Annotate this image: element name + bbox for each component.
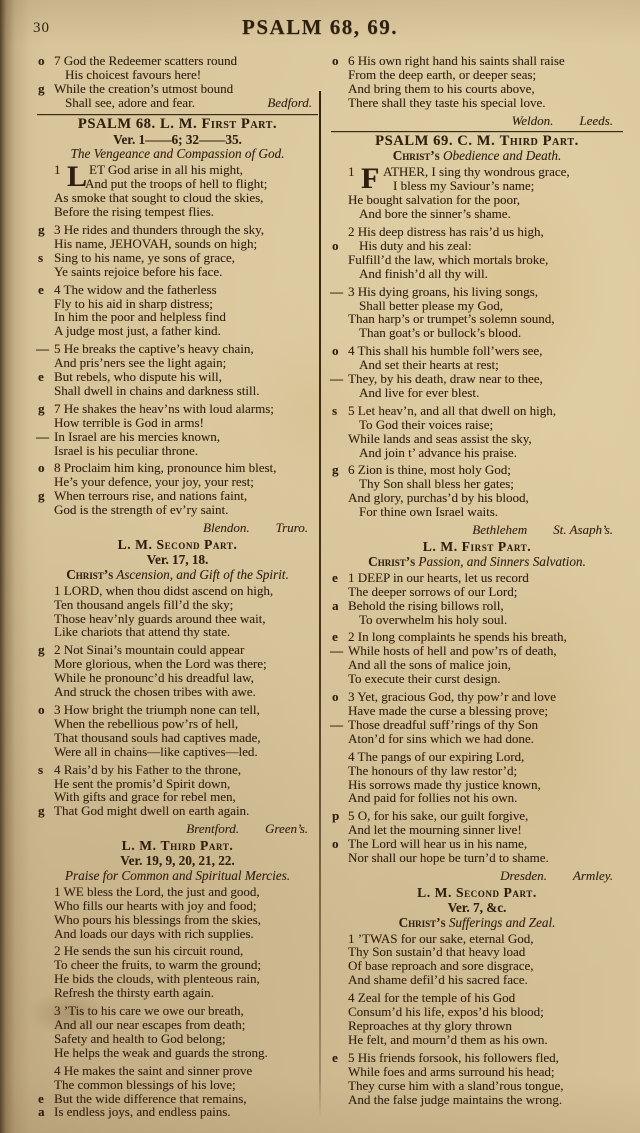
verse-text: He bids the clouds, with plenteous rain, [54,971,260,986]
hymn-subject: The Vengeance and Compassion of God. [37,147,318,161]
verse-stanza: g6 Zion is thine, most holy God;Thy Son … [331,463,623,519]
verse-stanza: o8 Proclaim him king, pronounce him bles… [37,461,318,517]
verse-line: His choicest favours here! [37,68,318,82]
verse-line: He felt, and mourn’d them as his own. [331,1033,623,1047]
verse-text: 7 He shakes the heav’ns with loud alarms… [54,401,274,416]
heading-title: L. M. [417,885,452,900]
verse-line: gWhile the creation’s utmost bound [37,82,318,96]
expression-mark: e [38,370,53,384]
expression-mark: o [332,690,347,704]
verse-text: 5 He breaks the captive’s heavy chain, [54,341,254,356]
verse-stanza: —5 He breaks the captive’s heavy chain,A… [37,342,318,398]
subject-smallcaps: Christ’s [368,554,415,569]
verse-line: —In Israel are his mercies known, [37,430,318,444]
heading-part: Third Part. [500,133,579,149]
psalm-heading: PSALM 68. L. M. First Part. [37,118,318,132]
tune-name: Truro. [276,521,308,535]
verse-line: He’s your defence, your joy, your rest; [37,475,318,489]
verse-text: 6 His own right hand his saints shall ra… [348,53,565,68]
verse-line: And bring them to his courts above, [331,82,623,96]
verse-text: 4 This shall his humble foll’wers see, [348,343,542,358]
verse-text: Of base reproach and sore disgrace, [348,958,534,973]
subject-italic: Passion, and Sinners Salvation. [418,554,585,569]
expression-mark: o [332,344,347,358]
tune-names: BethlehemSt. Asaph’s. [331,523,623,537]
tune-names: Weldon.Leeds. [331,114,623,128]
verse-text: While foes and arms surround his head; [348,1064,555,1079]
expression-mark: — [330,285,345,299]
verse-text: Like chariots that attend thy state. [54,624,230,639]
heading-part: First Part. [462,539,532,554]
expression-mark: e [38,1092,53,1106]
expression-mark: g [38,643,53,657]
verse-text: When terrours rise, and nations faint, [54,488,247,503]
verse-line: For thine own Israel waits. [331,505,623,519]
expression-mark: e [332,630,347,644]
expression-mark: g [38,82,53,96]
verse-line: How terrible is God in arms! [37,416,318,430]
verse-text: That thousand souls had captives made, [54,730,261,745]
verse-line: aBehold the rising billows roll, [331,599,623,613]
hymn-subject: Christ’s Obedience and Death. [331,149,623,163]
part-heading: L. M. Second Part. [331,886,623,900]
verse-line: Israel is his peculiar throne. [37,444,318,458]
verse-stanza: 4 He makes the saint and sinner proveThe… [37,1064,318,1120]
verse-line: They curse him with a sland’rous tongue, [331,1079,623,1093]
verse-line: The deeper sorrows of our Lord; [331,585,623,599]
verse-line: g6 Zion is thine, most holy God; [331,463,623,477]
verse-text: 4 The widow and the fatherless [54,282,217,297]
verse-text: Reproaches at thy glory thrown [348,1018,512,1033]
verse-text: And loads our days with rich supplies. [54,926,254,941]
verse-line: Thy Son shall bless her gates; [331,477,623,491]
section-rule [37,114,318,115]
verse-text: 4 The pangs of our expiring Lord, [348,749,524,764]
verse-text: He felt, and mourn’d them as his own. [348,1032,548,1047]
verse-reference: Ver. 7, &c. [331,901,623,915]
verse-text: 3 Yet, gracious God, thy pow’r and love [348,689,556,704]
verse-text: 1 LORD, when thou didst ascend on high, [54,583,273,598]
verse-line: Of base reproach and sore disgrace, [331,959,623,973]
verse-line: In him the poor and helpless find [37,310,318,324]
verse-line: And all our near escapes from death; [37,1018,318,1032]
heading-title: PSALM 68. L. M. [78,116,197,132]
psalter-page: 30 PSALM 68, 69. o7 God the Redeemer sca… [0,0,640,1133]
verse-text: And shame defil’d his sacred face. [348,972,528,987]
verse-stanza: e4 The widow and the fatherlessFly to hi… [37,283,318,339]
verse-text: 4 Rais’d by his Father to the throne, [54,762,241,777]
heading-title: L. M. [118,537,153,552]
verse-line: While foes and arms surround his head; [331,1065,623,1079]
verse-line: s4 Rais’d by his Father to the throne, [37,763,318,777]
tune-name: Green’s. [265,822,308,836]
hymn-subject: Praise for Common and Spiritual Mercies. [37,869,318,883]
verse-line: o3 How bright the triumph none can tell, [37,703,318,717]
verse-line: He sent the promis’d Spirit down, [37,777,318,791]
verse-text: Before the rising tempest flies. [54,204,214,219]
verse-line: Reproaches at thy glory thrown [331,1019,623,1033]
verse-line: e4 The widow and the fatherless [37,283,318,297]
verse-text: They curse him with a sland’rous tongue, [348,1078,564,1093]
tune-names: Brentford.Green’s. [37,822,318,836]
verse-stanza: e1 DEEP in our hearts, let us recordThe … [331,571,623,627]
verse-line: From the deep earth, or deeper seas; [331,68,623,82]
subject-italic: The Vengeance and Compassion of God. [71,146,285,161]
verse-number: 1 [348,165,355,179]
verse-line: A judge most just, a father kind. [37,324,318,338]
verse-text: And live for ever blest. [359,385,479,400]
subject-smallcaps: Christ’s [399,915,446,930]
column-divider [319,91,321,1119]
expression-mark: — [36,430,51,444]
verse-line: And glory, purchas’d by his blood, [331,491,623,505]
verse-text: Who fills our hearts with joy and food; [54,898,257,913]
verse-text: Were all in chains—like captives—led. [54,744,258,759]
expression-mark: g [38,489,53,503]
verse-text: While he pronounc’d his dreadful law, [54,670,254,685]
verse-stanza: o7 God the Redeemer scatters roundHis ch… [37,54,318,110]
verse-line: To God their voices raise; [331,418,623,432]
tune-name: St. Asaph’s. [553,523,613,537]
hymn-subject: Christ’s Sufferings and Zeal. [331,916,623,930]
verse-text: But the wide difference that remains, [54,1091,247,1106]
verse-line: As smoke that sought to cloud the skies, [37,191,318,205]
tune-name: Dresden. [500,869,547,883]
verse-text: And all our near escapes from death; [54,1017,245,1032]
verse-reference: Ver. 19, 9, 20, 21, 22. [37,854,318,868]
verse-line: Like chariots that attend thy state. [37,625,318,639]
verse-line: g2 Not Sinai’s mountain could appear [37,643,318,657]
verse-line: Have made the curse a blessing prove; [331,704,623,718]
verse-text: Shall dwell in chains and darkness still… [54,383,259,398]
verse-line: Than harp’s or trumpet’s solemn sound, [331,312,623,326]
verse-stanza: 1LET God arise in all his might,And put … [37,163,318,219]
verse-line: And all the sons of malice join, [331,658,623,672]
verse-stanza: o3 Yet, gracious God, thy pow’r and love… [331,690,623,746]
section-rule [331,131,623,132]
verse-stanza: 4 The pangs of our expiring Lord,The hon… [331,750,623,806]
expression-mark: o [332,837,347,851]
verse-line: Ten thousand angels fill’d the sky; [37,598,318,612]
right-column: o6 His own right hand his saints shall r… [331,54,623,1110]
verse-line: To cheer the fruits, to warm the ground; [37,958,318,972]
verse-text: Sing to his name, ye sons of grace, [54,250,235,265]
expression-mark: — [36,342,51,356]
verse-stanza: 3 ’Tis to his care we owe our breath,And… [37,1004,318,1060]
verse-line: 2 His deep distress has rais’d us high, [331,225,623,239]
verse-text: And paid for follies not his own. [348,790,517,805]
verse-text: While lands and seas assist the sky, [348,431,532,446]
verse-stanza: 1 ’TWAS for our sake, eternal God,Thy So… [331,932,623,988]
verse-line: And bore the sinner’s shame. [331,207,623,221]
verse-line: e1 DEEP in our hearts, let us record [331,571,623,585]
verse-text: His duty and his zeal: [359,238,472,253]
verse-text: 2 Not Sinai’s mountain could appear [54,642,244,657]
verse-text: 2 In long complaints he spends his breat… [348,629,567,644]
verse-text: 3 His dying groans, his living songs, [348,284,538,299]
verse-line: The honours of thy law restor’d; [331,764,623,778]
verse-text: Have made the curse a blessing prove; [348,703,548,718]
verse-reference: Ver. 17, 18. [37,553,318,567]
verse-text: For thine own Israel waits. [359,504,498,519]
heading-title: L. M. [122,838,157,853]
verse-text: He helps the weak and guards the strong. [54,1045,268,1060]
verse-text: The deeper sorrows of our Lord; [348,584,517,599]
verse-line: p5 O, for his sake, our guilt forgive, [331,809,623,823]
verse-line: gThat God might dwell on earth again. [37,804,318,818]
verse-stanza: g2 Not Sinai’s mountain could appearMore… [37,643,318,699]
verse-text: Than harp’s or trumpet’s solemn sound, [348,311,555,326]
expression-mark: o [38,461,53,475]
verse-line: s5 Let heav’n, and all that dwell on hig… [331,404,623,418]
verse-line: To overwhelm his holy soul. [331,613,623,627]
verse-stanza: g3 He rides and thunders through the sky… [37,223,318,279]
verse-stanza: 1 WE bless the Lord, the just and good,W… [37,885,318,941]
verse-text: The honours of thy law restor’d; [348,763,517,778]
heading-part: Second Part. [156,537,237,552]
tune-name: Weldon. [512,114,554,128]
verse-stanza: 2 He sends the sun his circuit round,To … [37,944,318,1000]
verse-line: o3 Yet, gracious God, thy pow’r and love [331,690,623,704]
verse-line: Before the rising tempest flies. [37,205,318,219]
expression-mark: g [38,402,53,416]
verse-line: The common blessings of his love; [37,1078,318,1092]
verse-line: Consum’d his life, expos’d his blood; [331,1005,623,1019]
verse-stanza: —3 His dying groans, his living songs,Sh… [331,285,623,341]
verse-text: How terrible is God in arms! [54,415,204,430]
verse-text: From the deep earth, or deeper seas; [348,67,536,82]
verse-line: While he pronounc’d his dreadful law, [37,671,318,685]
verse-line: Those heav’nly guards around thee wait, [37,612,318,626]
subject-italic: Praise for Common and Spiritual Mercies. [65,868,290,883]
verse-text: And all the sons of malice join, [348,657,511,672]
verse-line: oThe Lord will hear us in his name, [331,837,623,851]
verse-text: Those dreadful suff’rings of thy Son [348,717,538,732]
expression-mark: p [332,809,347,823]
verse-line: Nor shall our hope be turn’d to shame. [331,851,623,865]
verse-line: g3 He rides and thunders through the sky… [37,223,318,237]
subject-italic: Obedience and Death. [443,148,561,163]
verse-line: Who pours his blessings from the skies, [37,913,318,927]
verse-line: e2 In long complaints he spends his brea… [331,630,623,644]
verse-line: sSing to his name, ye sons of grace, [37,251,318,265]
verse-text: And let the mourning sinner live! [348,822,522,837]
expression-mark: o [332,239,347,253]
verse-text: His name, JEHOVAH, sounds on high; [54,236,257,251]
verse-line: Refresh the thirsty earth again. [37,986,318,1000]
tune-name: Bethlehem [472,523,527,537]
verse-line: —5 He breaks the captive’s heavy chain, [37,342,318,356]
expression-mark: g [38,223,53,237]
verse-line: Aton’d for sins which we had done. [331,732,623,746]
verse-line: While lands and seas assist the sky, [331,432,623,446]
heading-part: Third Part. [161,838,234,853]
expression-mark: o [332,54,347,68]
verse-line: Shall dwell in chains and darkness still… [37,384,318,398]
verse-text: 2 His deep distress has rais’d us high, [348,224,544,239]
verse-text: Shall see, adore and fear. [65,95,195,110]
part-heading: L. M. Second Part. [37,538,318,552]
verse-text: While the creation’s utmost bound [54,81,233,96]
hymn-subject: Christ’s Ascension, and Gift of the Spir… [37,568,318,582]
verse-stanza: 1 LORD, when thou didst ascend on high,T… [37,584,318,640]
verse-text: 4 Zeal for the temple of his God [348,990,515,1005]
verse-line: Who fills our hearts with joy and food; [37,899,318,913]
verse-line: That thousand souls had captives made, [37,731,318,745]
verse-text: Than goat’s or bullock’s blood. [359,325,521,340]
verse-line: He bids the clouds, with plenteous rain, [37,972,318,986]
verse-text: That God might dwell on earth again. [54,803,249,818]
expression-mark: — [330,644,345,658]
verse-line: 1 LORD, when thou didst ascend on high, [37,584,318,598]
expression-mark: o [38,54,53,68]
verse-line: Were all in chains—like captives—led. [37,745,318,759]
verse-line: And join t’ advance his praise. [331,446,623,460]
left-column: o7 God the Redeemer scatters roundHis ch… [37,54,318,1123]
verse-text: To cheer the fruits, to warm the ground; [54,957,261,972]
verse-line: e5 His friends forsook, his followers fl… [331,1051,623,1065]
verse-text: And join t’ advance his praise. [359,445,517,460]
verse-line: With gifts and grace for rebel men, [37,790,318,804]
expression-mark: s [332,404,347,418]
expression-mark: e [38,283,53,297]
verse-text: He bought salvation for the poor, [348,192,520,207]
verse-text: 1 DEEP in our hearts, let us record [348,570,529,585]
verse-text: Shall better please my God, [359,298,503,313]
verse-stanza: g7 He shakes the heav’ns with loud alarm… [37,402,318,458]
verse-line: g7 He shakes the heav’ns with loud alarm… [37,402,318,416]
verse-text: Consum’d his life, expos’d his blood; [348,1004,544,1019]
verse-text: He sent the promis’d Spirit down, [54,776,230,791]
verse-line: Safety and health to God belong; [37,1032,318,1046]
expression-mark: a [38,1105,53,1119]
tune-name: Armley. [573,869,613,883]
verse-line: When the rebellious pow’rs of hell, [37,717,318,731]
tune-names: Blendon.Truro. [37,521,318,535]
verse-text: 2 He sends the sun his circuit round, [54,943,243,958]
verse-text: Nor shall our hope be turn’d to shame. [348,850,549,865]
verse-line: 4 Zeal for the temple of his God [331,991,623,1005]
verse-text: And pris’ners see the light again; [54,355,226,370]
drop-cap-verse: 1LET God arise in all his might,And put … [37,163,318,191]
verse-text: As smoke that sought to cloud the skies, [54,190,263,205]
verse-line: His name, JEHOVAH, sounds on high; [37,237,318,251]
verse-text: But rebels, who dispute his will, [54,369,222,384]
verse-stanza: e2 In long complaints he spends his brea… [331,630,623,686]
verse-line: More glorious, when the Lord was there; [37,657,318,671]
verse-text: And set their hearts at rest; [359,357,499,372]
verse-line: 1 WE bless the Lord, the just and good, [37,885,318,899]
verse-text: Who pours his blessings from the skies, [54,912,261,927]
verse-line: Thy Son sustain’d that heavy load [331,945,623,959]
verse-line: —3 His dying groans, his living songs, [331,285,623,299]
verse-line: o7 God the Redeemer scatters round [37,54,318,68]
expression-mark: s [38,251,53,265]
verse-text: 1 WE bless the Lord, the just and good, [54,884,260,899]
verse-stanza: o3 How bright the triumph none can tell,… [37,703,318,759]
verse-stanza: p5 O, for his sake, our guilt forgive,An… [331,809,623,865]
verse-line: Fulfill’d the law, which mortals broke, [331,253,623,267]
expression-mark: e [332,1051,347,1065]
verse-line: And loads our days with rich supplies. [37,927,318,941]
verse-text: And glory, purchas’d by his blood, [348,490,529,505]
verse-number: 1 [54,163,61,177]
verse-text: Thy Son sustain’d that heavy load [348,944,525,959]
verse-text: To overwhelm his holy soul. [359,612,507,627]
heading-title: L. M. [423,539,458,554]
verse-text: Fly to his aid in sharp distress; [54,296,213,311]
verse-text: Ye saints rejoice before his face. [54,264,222,279]
verse-line: 2 He sends the sun his circuit round, [37,944,318,958]
verse-text: Fulfill’d the law, which mortals broke, [348,252,548,267]
verse-stanza: s5 Let heav’n, and all that dwell on hig… [331,404,623,460]
verse-line: Shall see, adore and fear.Bedford. [37,96,318,110]
verse-line: 3 ’Tis to his care we owe our breath, [37,1004,318,1018]
verse-text: 5 Let heav’n, and all that dwell on high… [348,403,556,418]
expression-mark: s [38,763,53,777]
verse-line: And live for ever blest. [331,386,623,400]
verse-line: —Those dreadful suff’rings of thy Son [331,718,623,732]
verse-text: Thy Son shall bless her gates; [359,476,514,491]
verse-line: And finish’d all thy will. [331,267,623,281]
verse-line: God is the strength of ev’ry saint. [37,503,318,517]
verse-text: God is the strength of ev’ry saint. [54,502,228,517]
verse-stanza: 2 His deep distress has rais’d us high,o… [331,225,623,281]
verse-text: In him the poor and helpless find [54,309,226,324]
verse-text: 5 O, for his sake, our guilt forgive, [348,808,528,823]
verse-stanza: o4 This shall his humble foll’wers see,A… [331,344,623,400]
verse-text: 3 He rides and thunders through the sky, [54,222,264,237]
verse-line: 1 ’TWAS for our sake, eternal God, [331,932,623,946]
verse-text: Safety and health to God belong; [54,1031,226,1046]
verse-line: To execute their curst design. [331,672,623,686]
verse-line: His sorrows made thy justice known, [331,778,623,792]
verse-stanza: s4 Rais’d by his Father to the throne,He… [37,763,318,819]
subject-italic: Sufferings and Zeal. [449,915,556,930]
verse-text: 7 God the Redeemer scatters round [54,53,237,68]
verse-text: Aton’d for sins which we had done. [348,731,534,746]
verse-line: oHis duty and his zeal: [331,239,623,253]
verse-line: And set their hearts at rest; [331,358,623,372]
verse-text: And the false judge maintains the wrong. [348,1092,562,1107]
verse-line: —While hosts of hell and pow’rs of death… [331,644,623,658]
verse-text: Those heav’nly guards around thee wait, [54,611,266,626]
verse-text: More glorious, when the Lord was there; [54,656,267,671]
verse-line: He helps the weak and guards the strong. [37,1046,318,1060]
verse-text: To God their voices raise; [359,417,493,432]
verse-line: And paid for follies not his own. [331,791,623,805]
heading-part: Second Part. [456,885,537,900]
verse-text: 8 Proclaim him king, pronounce him blest… [54,460,276,475]
page-title: PSALM 68, 69. [0,15,640,40]
verse-text: When the rebellious pow’rs of hell, [54,716,238,731]
verse-stanza: e5 His friends forsook, his followers fl… [331,1051,623,1107]
verse-line: eBut rebels, who dispute his will, [37,370,318,384]
subject-smallcaps: Christ’s [66,567,113,582]
drop-cap: L [67,164,87,190]
verse-text: A judge most just, a father kind. [54,323,221,338]
verse-line: And struck the chosen tribes with awe. [37,685,318,699]
tune-name: Blendon. [203,521,250,535]
verse-text: Refresh the thirsty earth again. [54,985,214,1000]
verse-text: They, by his death, draw near to thee, [348,371,543,386]
subject-italic: Ascension, and Gift of the Spirit. [116,567,289,582]
verse-line: Ye saints rejoice before his face. [37,265,318,279]
verse-line: He bought salvation for the poor, [331,193,623,207]
verse-text: 4 He makes the saint and sinner prove [54,1063,252,1078]
expression-mark: g [332,463,347,477]
verse-line: aIs endless joys, and endless pains. [37,1105,318,1119]
